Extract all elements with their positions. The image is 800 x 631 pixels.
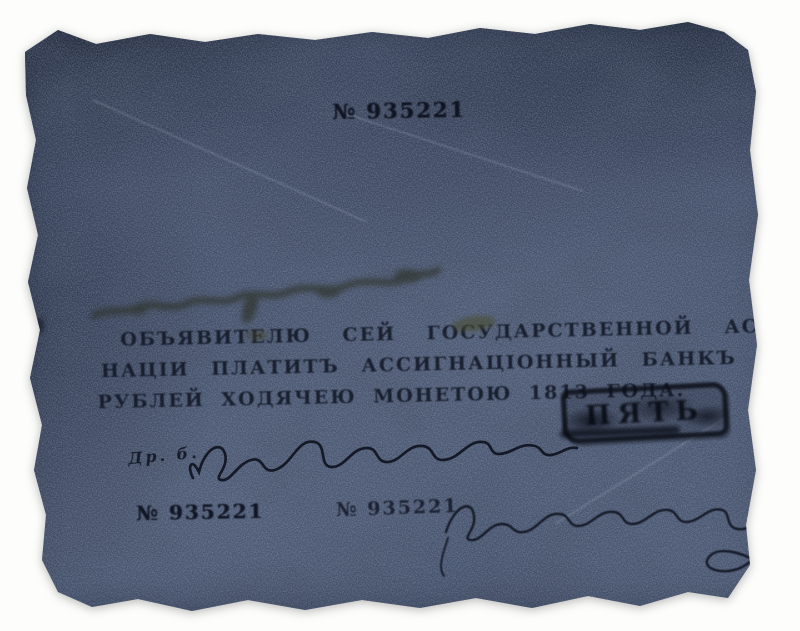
cashier-signature (428, 468, 778, 588)
ink-blot (246, 330, 268, 341)
serial-number-top: № 935221 (332, 97, 466, 124)
banknote: № 935221 ОБЪЯВИТЕЛЮ СЕЙ ГОСУДАРСТВЕННОЙ … (0, 0, 800, 631)
serial-number-bottom-left: № 935221 (136, 499, 265, 525)
banknote-paper: № 935221 ОБЪЯВИТЕЛЮ СЕЙ ГОСУДАРСТВЕННОЙ … (0, 0, 800, 631)
stamp-text: ПЯТЬ (584, 394, 705, 431)
ink-blot (34, 318, 44, 334)
scan-background: № 935221 ОБЪЯВИТЕЛЮ СЕЙ ГОСУДАРСТВЕННОЙ … (0, 0, 800, 631)
